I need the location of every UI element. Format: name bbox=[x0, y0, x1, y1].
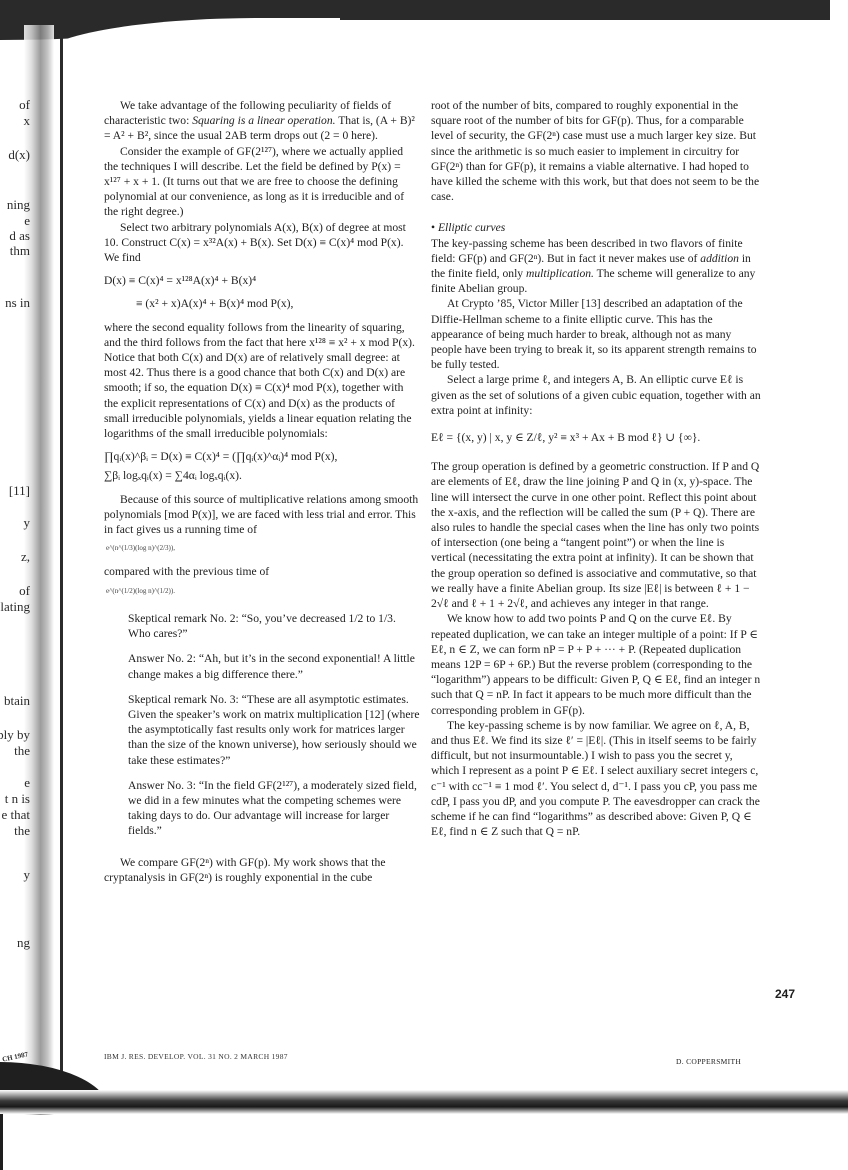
quote-skeptical-2: Skeptical remark No. 2: “So, you’ve decr… bbox=[128, 611, 420, 641]
scan-bottom-shadow bbox=[0, 1090, 848, 1114]
quote-answer-2: Answer No. 2: “Ah, but it’s in the secon… bbox=[128, 651, 420, 681]
equation: Eℓ = {(x, y) | x, y ∈ Z/ℓ, y² ≡ x³ + Ax … bbox=[431, 430, 761, 445]
facing-page-text: the bbox=[14, 824, 30, 838]
paragraph: where the second equality follows from t… bbox=[104, 320, 420, 442]
facing-page-text: y bbox=[24, 868, 31, 882]
paragraph: At Crypto ’85, Victor Miller [13] descri… bbox=[431, 296, 761, 372]
left-column: We take advantage of the following pecul… bbox=[104, 98, 420, 885]
facing-page-text: [11] bbox=[9, 484, 30, 498]
facing-page-text: e bbox=[24, 214, 30, 228]
facing-page-text: d as bbox=[9, 229, 30, 243]
facing-page-text: btain bbox=[4, 694, 30, 708]
facing-page-text: x bbox=[24, 114, 31, 128]
paragraph: We take advantage of the following pecul… bbox=[104, 98, 420, 144]
facing-page-text: bly by bbox=[0, 728, 30, 742]
section-heading: • Elliptic curves bbox=[431, 220, 761, 235]
paragraph: Select a large prime ℓ, and integers A, … bbox=[431, 372, 761, 418]
paragraph: Because of this source of multiplicative… bbox=[104, 492, 420, 538]
facing-page-text: of bbox=[19, 98, 30, 112]
page-number: 247 bbox=[775, 987, 795, 1001]
facing-page-text: of bbox=[19, 584, 30, 598]
facing-page-text: e that bbox=[1, 808, 30, 822]
facing-page-text: thm bbox=[10, 244, 30, 258]
equation: ∑βᵢ logₓqᵢ(x) = ∑4αᵢ logₓqᵢ(x). bbox=[104, 468, 420, 483]
equation: D(x) ≡ C(x)⁴ = x¹²⁸A(x)⁴ + B(x)⁴ bbox=[104, 273, 420, 288]
journal-footer: IBM J. RES. DEVELOP. VOL. 31 NO. 2 MARCH… bbox=[104, 1052, 288, 1061]
author-footer: D. COPPERSMITH bbox=[676, 1057, 741, 1066]
facing-page-text: y bbox=[24, 516, 31, 530]
facing-page-text: CH 1987 bbox=[1, 1047, 30, 1066]
facing-page-text: lating bbox=[0, 600, 30, 614]
facing-page-text: ng bbox=[17, 936, 30, 950]
formula: e^(n^(1/3)(log n)^(2/3)), bbox=[106, 541, 420, 556]
paragraph: We know how to add two points P and Q on… bbox=[431, 611, 761, 717]
paragraph: compared with the previous time of bbox=[104, 564, 420, 579]
paragraph: root of the number of bits, compared to … bbox=[431, 98, 761, 204]
facing-page-fragment: ofxd(x)ninged asthmns in[11]yz,oflatingb… bbox=[0, 0, 30, 1090]
facing-page-text: e bbox=[24, 776, 30, 790]
facing-page-text: the bbox=[14, 744, 30, 758]
paragraph: Consider the example of GF(2¹²⁷), where … bbox=[104, 144, 420, 220]
facing-page-text: d(x) bbox=[8, 148, 30, 162]
page-edge-line bbox=[60, 30, 63, 1100]
next-page-edge bbox=[0, 1114, 3, 1170]
facing-page-text: z, bbox=[21, 550, 30, 564]
paragraph: The key-passing scheme has been describe… bbox=[431, 236, 761, 297]
paragraph: The group operation is defined by a geom… bbox=[431, 459, 761, 611]
quote-skeptical-3: Skeptical remark No. 3: “These are all a… bbox=[128, 692, 420, 768]
facing-page-text: ns in bbox=[5, 296, 30, 310]
right-column: root of the number of bits, compared to … bbox=[431, 98, 761, 839]
facing-page-text: ning bbox=[7, 198, 30, 212]
bullet-icon: • bbox=[431, 221, 435, 234]
paragraph: We compare GF(2ⁿ) with GF(p). My work sh… bbox=[104, 855, 420, 885]
facing-page-text: t n is bbox=[5, 792, 30, 806]
formula: e^(n^(1/2)(log n)^(1/2)). bbox=[106, 584, 420, 599]
equation: ∏qᵢ(x)^βᵢ = D(x) ≡ C(x)⁴ = (∏qᵢ(x)^αᵢ)⁴ … bbox=[104, 449, 420, 464]
equation: ≡ (x² + x)A(x)⁴ + B(x)⁴ mod P(x), bbox=[104, 296, 420, 311]
paragraph: Select two arbitrary polynomials A(x), B… bbox=[104, 220, 420, 266]
paragraph: The key-passing scheme is by now familia… bbox=[431, 718, 761, 840]
quote-answer-3: Answer No. 3: “In the field GF(2¹²⁷), a … bbox=[128, 778, 420, 839]
